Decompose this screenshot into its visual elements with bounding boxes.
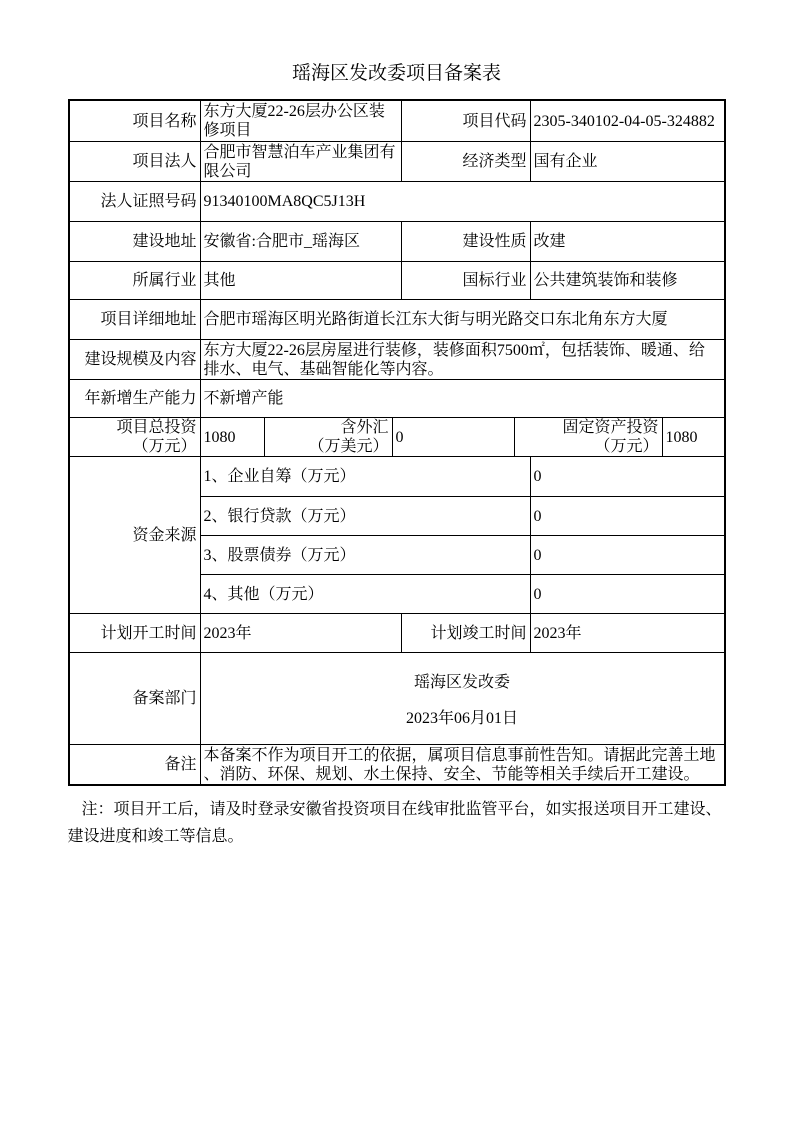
industry-label: 所属行业	[70, 262, 200, 299]
filing-dept-date: 2023年06月01日	[406, 705, 518, 728]
row-legal-person: 项目法人 合肥市智慧泊车产业集团有限公司 经济类型 国有企业	[70, 141, 724, 181]
funding-value-other: 0	[530, 575, 724, 613]
footnote: 注：项目开工后，请及时登录安徽省投资项目在线审批监管平台，如实报送项目开工建设、…	[68, 796, 726, 850]
remark-label: 备注	[70, 745, 200, 784]
row-industry: 所属行业 其他 国标行业 公共建筑装饰和装修	[70, 261, 724, 299]
plan-finish-label: 计划竣工时间	[401, 614, 530, 652]
economy-type-label: 经济类型	[401, 142, 530, 181]
document-page: 瑶海区发改委项目备案表 项目名称 东方大厦22-26层办公区装修项目 项目代码 …	[0, 0, 793, 1122]
filing-form-table: 项目名称 东方大厦22-26层办公区装修项目 项目代码 2305-340102-…	[68, 99, 726, 786]
foreign-exchange-label: 含外汇 （万美元）	[264, 418, 392, 456]
economy-type-value: 国有企业	[530, 142, 724, 181]
project-name-value: 东方大厦22-26层办公区装修项目	[200, 101, 401, 141]
new-capacity-value: 不新增产能	[200, 380, 724, 417]
funding-sources-list: 1、企业自筹（万元） 0 2、银行贷款（万元） 0 3、股票债券（万元） 0 4…	[200, 457, 724, 613]
row-remark: 备注 本备案不作为项目开工的依据，属项目信息事前性告知。请据此完善土地、消防、环…	[70, 744, 724, 784]
detail-address-value: 合肥市瑶海区明光路街道长江东大街与明光路交口东北角东方大厦	[200, 300, 724, 339]
filing-dept-cell: 瑶海区发改委 2023年06月01日	[200, 653, 724, 744]
funding-value-self-raised: 0	[530, 457, 724, 496]
build-address-value: 安徽省:合肥市_瑶海区	[200, 222, 401, 261]
fixed-investment-value: 1080	[662, 418, 724, 456]
row-project-name: 项目名称 东方大厦22-26层办公区装修项目 项目代码 2305-340102-…	[70, 101, 724, 141]
project-name-label: 项目名称	[70, 101, 200, 141]
legal-person-label: 项目法人	[70, 142, 200, 181]
new-capacity-label: 年新增生产能力	[70, 380, 200, 417]
industry-value: 其他	[200, 262, 401, 299]
foreign-exchange-value: 0	[392, 418, 514, 456]
funding-row-other: 4、其他（万元） 0	[200, 574, 724, 613]
scale-content-value: 东方大厦22-26层房屋进行装修，装修面积7500㎡，包括装饰、暖通、给排水、电…	[200, 340, 724, 379]
detail-address-label: 项目详细地址	[70, 300, 200, 339]
build-nature-label: 建设性质	[401, 222, 530, 261]
funding-item-self-raised: 1、企业自筹（万元）	[200, 457, 530, 496]
license-no-value: 91340100MA8QC5J13H	[200, 182, 724, 221]
row-build-address: 建设地址 安徽省:合肥市_瑶海区 建设性质 改建	[70, 221, 724, 261]
gb-industry-label: 国标行业	[401, 262, 530, 299]
row-plan-dates: 计划开工时间 2023年 计划竣工时间 2023年	[70, 613, 724, 652]
plan-start-value: 2023年	[200, 614, 401, 652]
row-funding-sources: 资金来源 1、企业自筹（万元） 0 2、银行贷款（万元） 0 3、股票债券（万元…	[70, 456, 724, 613]
total-investment-label: 项目总投资 （万元）	[70, 418, 200, 456]
funding-item-bank-loan: 2、银行贷款（万元）	[200, 497, 530, 535]
build-address-label: 建设地址	[70, 222, 200, 261]
filing-dept-name: 瑶海区发改委	[414, 669, 510, 692]
build-nature-value: 改建	[530, 222, 724, 261]
funding-item-other: 4、其他（万元）	[200, 575, 530, 613]
funding-value-stocks-bonds: 0	[530, 536, 724, 574]
plan-finish-value: 2023年	[530, 614, 724, 652]
page-title: 瑶海区发改委项目备案表	[0, 58, 793, 85]
funding-row-self-raised: 1、企业自筹（万元） 0	[200, 457, 724, 496]
row-license-no: 法人证照号码 91340100MA8QC5J13H	[70, 181, 724, 221]
fixed-investment-label: 固定资产投资 （万元）	[514, 418, 662, 456]
row-filing-dept: 备案部门 瑶海区发改委 2023年06月01日	[70, 652, 724, 744]
row-new-capacity: 年新增生产能力 不新增产能	[70, 379, 724, 417]
funding-value-bank-loan: 0	[530, 497, 724, 535]
project-code-value: 2305-340102-04-05-324882	[530, 101, 724, 141]
legal-person-value: 合肥市智慧泊车产业集团有限公司	[200, 142, 401, 181]
funding-sources-label: 资金来源	[70, 457, 200, 613]
row-scale-content: 建设规模及内容 东方大厦22-26层房屋进行装修，装修面积7500㎡，包括装饰、…	[70, 339, 724, 379]
scale-content-label: 建设规模及内容	[70, 340, 200, 379]
license-no-label: 法人证照号码	[70, 182, 200, 221]
total-investment-value: 1080	[200, 418, 264, 456]
remark-value: 本备案不作为项目开工的依据，属项目信息事前性告知。请据此完善土地、消防、环保、规…	[200, 745, 724, 784]
funding-item-stocks-bonds: 3、股票债券（万元）	[200, 536, 530, 574]
funding-row-bank-loan: 2、银行贷款（万元） 0	[200, 496, 724, 535]
plan-start-label: 计划开工时间	[70, 614, 200, 652]
row-detail-address: 项目详细地址 合肥市瑶海区明光路街道长江东大街与明光路交口东北角东方大厦	[70, 299, 724, 339]
gb-industry-value: 公共建筑装饰和装修	[530, 262, 724, 299]
row-investment: 项目总投资 （万元） 1080 含外汇 （万美元） 0 固定资产投资 （万元） …	[70, 417, 724, 456]
funding-row-stocks-bonds: 3、股票债券（万元） 0	[200, 535, 724, 574]
project-code-label: 项目代码	[401, 101, 530, 141]
filing-dept-label: 备案部门	[70, 653, 200, 744]
